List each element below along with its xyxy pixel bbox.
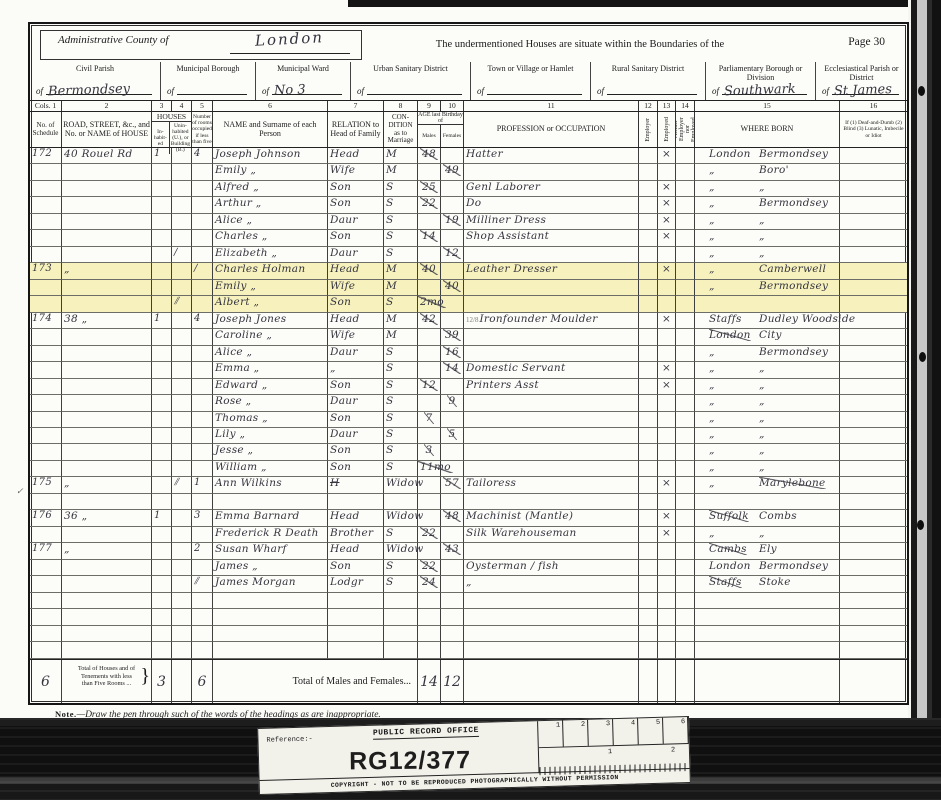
cell-age-female: 39: [441, 329, 464, 345]
cell-relation: Daur: [328, 247, 384, 263]
cell-name: Emma Barnard: [213, 510, 328, 526]
cell-employed: ×: [658, 263, 676, 279]
cell-name: Emily „: [213, 164, 328, 180]
cell-relation: Daur: [328, 395, 384, 411]
header-age-females: Females: [441, 125, 463, 147]
cell-condition: M: [384, 148, 418, 164]
total-males: 14: [420, 674, 438, 690]
cell-infirm: [840, 379, 907, 395]
cell-age-male: [418, 543, 441, 559]
cell-age-female: [441, 230, 464, 246]
cell-neither: [676, 164, 695, 180]
cell-inhabited: [152, 379, 172, 395]
cell-neither: [676, 461, 695, 477]
table-row: William „SonS11mo„„: [30, 461, 907, 477]
cell-occupation: [464, 346, 639, 362]
totals-males-females-label: Total of Males and Females...: [213, 660, 418, 703]
cell-road: [62, 164, 152, 180]
column-number: 15: [695, 101, 840, 111]
cell-inhabited: [152, 494, 172, 510]
cell-condition: S: [384, 444, 418, 460]
cell-relation: Wife: [328, 280, 384, 296]
cell-relation: „: [328, 362, 384, 378]
cell-road: 38 „: [62, 313, 152, 329]
ruler-number: 4: [613, 718, 639, 745]
cell-employed: ×: [658, 230, 676, 246]
cell-schedule: [30, 494, 62, 510]
table-row: 17240 Rouel Rd14Joseph JohnsonHeadM48Hat…: [30, 148, 907, 164]
cell-uninhabited: [172, 379, 192, 395]
column-number: 13: [658, 101, 676, 111]
table-row: [30, 609, 907, 625]
cell-born: „„: [695, 379, 840, 395]
cell-rooms: [192, 494, 213, 510]
cell-inhabited: [152, 412, 172, 428]
cell-schedule: [30, 230, 62, 246]
district-label: Town or Village or Hamlet: [471, 64, 590, 73]
cell-employer: [639, 395, 658, 411]
table-row: Emily „WifeM49„Boro': [30, 164, 907, 180]
cell-road: [62, 280, 152, 296]
cell-uninhabited: ⫽: [172, 296, 192, 312]
cell-rooms: [192, 379, 213, 395]
table-row: Alice „DaurS19Milliner Dress×„„: [30, 214, 907, 230]
margin-pencil-mark: ✓: [16, 486, 24, 497]
cell-employed: [658, 609, 676, 625]
cell-condition: M: [384, 263, 418, 279]
cell-relation: Brother: [328, 527, 384, 543]
cell-name: Lily „: [213, 428, 328, 444]
cell-inhabited: [152, 263, 172, 279]
table-row: 177„2Susan WharfHeadWidow43CambsEly: [30, 543, 907, 559]
cell-employer: [639, 412, 658, 428]
stamp-office-title: PUBLIC RECORD OFFICE: [373, 726, 479, 740]
cell-infirm: [840, 148, 907, 164]
cell-occupation: Oysterman / fish: [464, 560, 639, 576]
cell-employed: [658, 626, 676, 642]
cell-age-male: [418, 510, 441, 526]
cell-occupation: Domestic Servant: [464, 362, 639, 378]
cell-relation: [328, 593, 384, 609]
table-row: ∕Elizabeth „DaurS12„„: [30, 247, 907, 263]
cell-schedule: [30, 214, 62, 230]
cell-born: „Boro': [695, 164, 840, 180]
cell-condition: S: [384, 560, 418, 576]
cell-occupation: [464, 280, 639, 296]
cell-road: „: [62, 477, 152, 493]
cell-name: Elizabeth „: [213, 247, 328, 263]
cell-road: [62, 214, 152, 230]
cell-age-male: 42: [418, 313, 441, 329]
cell-employer: [639, 148, 658, 164]
cell-infirm: [840, 346, 907, 362]
cell-employed: [658, 461, 676, 477]
cell-schedule: 172: [30, 148, 62, 164]
cell-age-male: 40: [418, 263, 441, 279]
column-number: 10: [441, 101, 464, 111]
cell-condition: S: [384, 395, 418, 411]
scan-right-band: [908, 0, 941, 800]
district-cell: Civil ParishofBermondsey: [30, 62, 160, 100]
cell-occupation: [464, 543, 639, 559]
cell-schedule: [30, 329, 62, 345]
cell-rooms: [192, 214, 213, 230]
cell-condition: M: [384, 164, 418, 180]
cell-occupation: [464, 247, 639, 263]
cell-inhabited: [152, 362, 172, 378]
cell-employer: [639, 346, 658, 362]
column-numbers-row: Cols. 12345678910111213141516: [30, 100, 907, 112]
table-row: Edward „SonS12Printers Asst×„„: [30, 379, 907, 395]
cell-condition: M: [384, 313, 418, 329]
cell-neither: [676, 148, 695, 164]
cell-uninhabited: [172, 313, 192, 329]
cell-condition: S: [384, 576, 418, 592]
table-row: [30, 642, 907, 658]
table-row: Thomas „SonS7„„: [30, 412, 907, 428]
cell-relation: Son: [328, 197, 384, 213]
cell-uninhabited: [172, 527, 192, 543]
cell-employer: [639, 428, 658, 444]
cell-name: James Morgan: [213, 576, 328, 592]
cell-condition: S: [384, 296, 418, 312]
cell-uninhabited: [172, 593, 192, 609]
cell-employed: [658, 444, 676, 460]
cell-inhabited: [152, 609, 172, 625]
cell-infirm: [840, 395, 907, 411]
district-cell: Municipal Boroughof: [160, 62, 255, 100]
cell-road: 36 „: [62, 510, 152, 526]
cell-road: [62, 609, 152, 625]
total-inhabited: 3: [157, 674, 166, 690]
cell-rooms: 1: [192, 477, 213, 493]
census-scan-page: { "page": {"label": "Page 30"}, "header"…: [0, 0, 941, 800]
cell-neither: [676, 412, 695, 428]
cell-occupation: [464, 461, 639, 477]
cell-employed: [658, 576, 676, 592]
header-age-males: Males: [418, 125, 441, 147]
cell-born: „„: [695, 412, 840, 428]
header-age-group: AGE last Birthday of Males Females: [418, 112, 464, 147]
cell-name: Jesse „: [213, 444, 328, 460]
header-name: NAME and Surname of each Person: [213, 112, 328, 147]
district-cell: Town or Village or Hamletof: [470, 62, 590, 100]
cell-employed: ×: [658, 527, 676, 543]
cell-inhabited: 1: [152, 313, 172, 329]
cell-inhabited: 1: [152, 148, 172, 164]
cell-uninhabited: [172, 543, 192, 559]
cell-uninhabited: [172, 263, 192, 279]
cell-schedule: [30, 247, 62, 263]
scan-top-black-strip: [348, 0, 908, 7]
cell-occupation: Genl Laborer: [464, 181, 639, 197]
cell-name: Alice „: [213, 346, 328, 362]
cell-employed: ×: [658, 197, 676, 213]
district-label: Civil Parish: [30, 64, 160, 73]
cell-neither: [676, 247, 695, 263]
cell-age-female: 19: [441, 214, 464, 230]
cell-neither: [676, 477, 695, 493]
cell-employed: [658, 543, 676, 559]
cell-inhabited: [152, 214, 172, 230]
cell-inhabited: [152, 626, 172, 642]
cell-employed: [658, 346, 676, 362]
cell-uninhabited: [172, 642, 192, 658]
table-row-highlighted: 173„∕Charles HolmanHeadM40Leather Dresse…: [30, 263, 907, 279]
cell-neither: [676, 543, 695, 559]
cell-employed: [658, 593, 676, 609]
cell-employer: [639, 379, 658, 395]
cell-road: [62, 181, 152, 197]
cell-rooms: [192, 395, 213, 411]
cell-condition: Widow: [384, 543, 418, 559]
cell-relation: Son: [328, 296, 384, 312]
cell-road: [62, 444, 152, 460]
column-number: 11: [464, 101, 639, 111]
cell-condition: S: [384, 181, 418, 197]
district-label: Municipal Borough: [161, 64, 255, 73]
cell-rooms: [192, 197, 213, 213]
cell-name: [213, 494, 328, 510]
cell-born: „„: [695, 527, 840, 543]
district-cell: Urban Sanitary Districtof: [350, 62, 470, 100]
cell-schedule: [30, 181, 62, 197]
cell-name: [213, 593, 328, 609]
cell-age-male: 48: [418, 148, 441, 164]
cell-inhabited: [152, 247, 172, 263]
cell-age-female: [441, 461, 464, 477]
cell-infirm: [840, 576, 907, 592]
admin-county-value: London: [255, 28, 325, 50]
cell-inhabited: [152, 461, 172, 477]
cell-employer: [639, 461, 658, 477]
cell-inhabited: [152, 576, 172, 592]
cell-rooms: [192, 593, 213, 609]
cell-age-male: [418, 494, 441, 510]
column-number: 5: [192, 101, 213, 111]
cell-neither: [676, 395, 695, 411]
cell-infirm: [840, 181, 907, 197]
cell-age-male: 2mo: [418, 296, 441, 312]
cell-condition: [384, 609, 418, 625]
cell-relation: Daur: [328, 346, 384, 362]
cell-born: [695, 642, 840, 658]
district-cell: Parliamentary Borough or DivisionofSouth…: [705, 62, 815, 100]
cell-road: „: [62, 543, 152, 559]
cell-occupation: Printers Asst: [464, 379, 639, 395]
cell-employer: [639, 214, 658, 230]
cell-neither: [676, 379, 695, 395]
cell-name: Rose „: [213, 395, 328, 411]
cell-employer: [639, 494, 658, 510]
table-row: Alfred „SonS25Genl Laborer×„„: [30, 181, 907, 197]
header-employed: Employed: [664, 117, 670, 142]
cell-condition: S: [384, 197, 418, 213]
cell-employed: [658, 560, 676, 576]
cell-road: [62, 576, 152, 592]
cell-employer: [639, 527, 658, 543]
cell-employer: [639, 197, 658, 213]
cell-rooms: [192, 247, 213, 263]
column-number: 8: [384, 101, 418, 111]
cell-rooms: [192, 626, 213, 642]
cell-name: William „: [213, 461, 328, 477]
cell-age-male: [418, 642, 441, 658]
totals-row: 6 Total of Houses and of Tenements with …: [30, 659, 907, 703]
cell-relation: Lodgr: [328, 576, 384, 592]
table-row: Frederick R DeathBrotherS22Silk Warehous…: [30, 527, 907, 543]
cell-rooms: 4: [192, 148, 213, 164]
cell-schedule: [30, 560, 62, 576]
cell-occupation: Silk Warehouseman: [464, 527, 639, 543]
cell-age-male: [418, 626, 441, 642]
cell-occupation: [464, 164, 639, 180]
cell-infirm: [840, 412, 907, 428]
cell-employer: [639, 329, 658, 345]
cell-name: Charles Holman: [213, 263, 328, 279]
cell-born: [695, 296, 840, 312]
cell-employer: [639, 444, 658, 460]
cell-condition: S: [384, 362, 418, 378]
cell-infirm: [840, 609, 907, 625]
cell-relation: Son: [328, 181, 384, 197]
column-number: 6: [213, 101, 328, 111]
table-row: James „SonS22Oysterman / fishLondonBermo…: [30, 560, 907, 576]
cell-age-female: [441, 494, 464, 510]
cell-schedule: [30, 527, 62, 543]
cell-employed: ×: [658, 362, 676, 378]
census-form: Administrative County of London The unde…: [28, 22, 909, 705]
cell-occupation: [464, 593, 639, 609]
cell-rooms: [192, 609, 213, 625]
cell-uninhabited: [172, 181, 192, 197]
cell-uninhabited: [172, 197, 192, 213]
cell-infirm: [840, 230, 907, 246]
cell-schedule: [30, 626, 62, 642]
cell-inhabited: [152, 543, 172, 559]
cell-employer: [639, 230, 658, 246]
cell-condition: S: [384, 230, 418, 246]
cell-road: [62, 247, 152, 263]
cell-employed: [658, 642, 676, 658]
cell-born: LondonBermondsey: [695, 148, 840, 164]
cell-relation: Head: [328, 543, 384, 559]
cell-name: Edward „: [213, 379, 328, 395]
cell-schedule: [30, 412, 62, 428]
cell-name: Albert „: [213, 296, 328, 312]
cell-inhabited: 1: [152, 510, 172, 526]
cell-schedule: 176: [30, 510, 62, 526]
cell-age-female: 14: [441, 362, 464, 378]
ruler-number: 1: [538, 720, 564, 747]
cell-age-male: [418, 428, 441, 444]
cell-name: [213, 642, 328, 658]
cell-neither: [676, 626, 695, 642]
district-label: Ecclesiastical Parish or District: [816, 64, 907, 82]
table-row: Rose „DaurS9„„: [30, 395, 907, 411]
cell-condition: [384, 626, 418, 642]
cell-road: [62, 346, 152, 362]
cell-schedule: [30, 379, 62, 395]
cell-inhabited: [152, 428, 172, 444]
cell-age-male: [418, 395, 441, 411]
cell-employed: ×: [658, 379, 676, 395]
cell-employed: ×: [658, 313, 676, 329]
cell-name: [213, 626, 328, 642]
cell-age-female: [441, 379, 464, 395]
column-number: 2: [62, 101, 152, 111]
table-row: Arthur „SonS22Do×„Bermondsey: [30, 197, 907, 213]
cell-rooms: [192, 461, 213, 477]
cell-schedule: [30, 296, 62, 312]
table-row: [30, 593, 907, 609]
cell-infirm: [840, 428, 907, 444]
cell-age-male: 3: [418, 444, 441, 460]
cell-inhabited: [152, 280, 172, 296]
cell-condition: M: [384, 329, 418, 345]
cell-neither: [676, 214, 695, 230]
hole-punch-dot: [917, 520, 924, 530]
cell-employer: [639, 642, 658, 658]
cell-employer: [639, 164, 658, 180]
header-houses-group: HOUSES In-habit-ed Unin-habited (U.), or…: [152, 112, 192, 147]
cell-neither: [676, 197, 695, 213]
cell-uninhabited: [172, 148, 192, 164]
cell-age-female: [441, 263, 464, 279]
header-occupation: PROFESSION or OCCUPATION: [464, 112, 639, 147]
cell-neither: [676, 444, 695, 460]
cell-age-male: [418, 593, 441, 609]
ruler-number: 2: [563, 720, 589, 747]
cell-inhabited: [152, 346, 172, 362]
district-header-row: Civil ParishofBermondseyMunicipal Boroug…: [30, 62, 907, 100]
cell-road: 40 Rouel Rd: [62, 148, 152, 164]
cell-name: Arthur „: [213, 197, 328, 213]
cell-occupation: Tailoress: [464, 477, 639, 493]
column-number: 4: [172, 101, 192, 111]
cell-uninhabited: [172, 362, 192, 378]
cell-uninhabited: [172, 230, 192, 246]
cell-infirm: [840, 197, 907, 213]
cell-rooms: [192, 329, 213, 345]
cell-occupation: Milliner Dress: [464, 214, 639, 230]
page-number: Page 30: [848, 36, 885, 48]
cell-age-male: [418, 609, 441, 625]
cell-employed: [658, 412, 676, 428]
cell-age-male: [418, 477, 441, 493]
cell-uninhabited: [172, 214, 192, 230]
cell-employed: ×: [658, 510, 676, 526]
cell-inhabited: [152, 181, 172, 197]
totals-houses-label: Total of Houses and of Tenements with le…: [62, 660, 151, 688]
cell-relation: Wife: [328, 164, 384, 180]
cell-rooms: [192, 230, 213, 246]
cell-schedule: [30, 593, 62, 609]
cell-born: „„: [695, 461, 840, 477]
cell-name: Alfred „: [213, 181, 328, 197]
cell-uninhabited: [172, 510, 192, 526]
district-label: Rural Sanitary District: [591, 64, 705, 73]
table-row: [30, 626, 907, 642]
ruler-number: 3: [588, 719, 614, 746]
cell-road: [62, 461, 152, 477]
cell-uninhabited: [172, 461, 192, 477]
cell-road: [62, 230, 152, 246]
table-row: Caroline „WifeM39LondonCity: [30, 329, 907, 345]
cell-employer: [639, 543, 658, 559]
cell-condition: [384, 593, 418, 609]
cell-road: [62, 412, 152, 428]
